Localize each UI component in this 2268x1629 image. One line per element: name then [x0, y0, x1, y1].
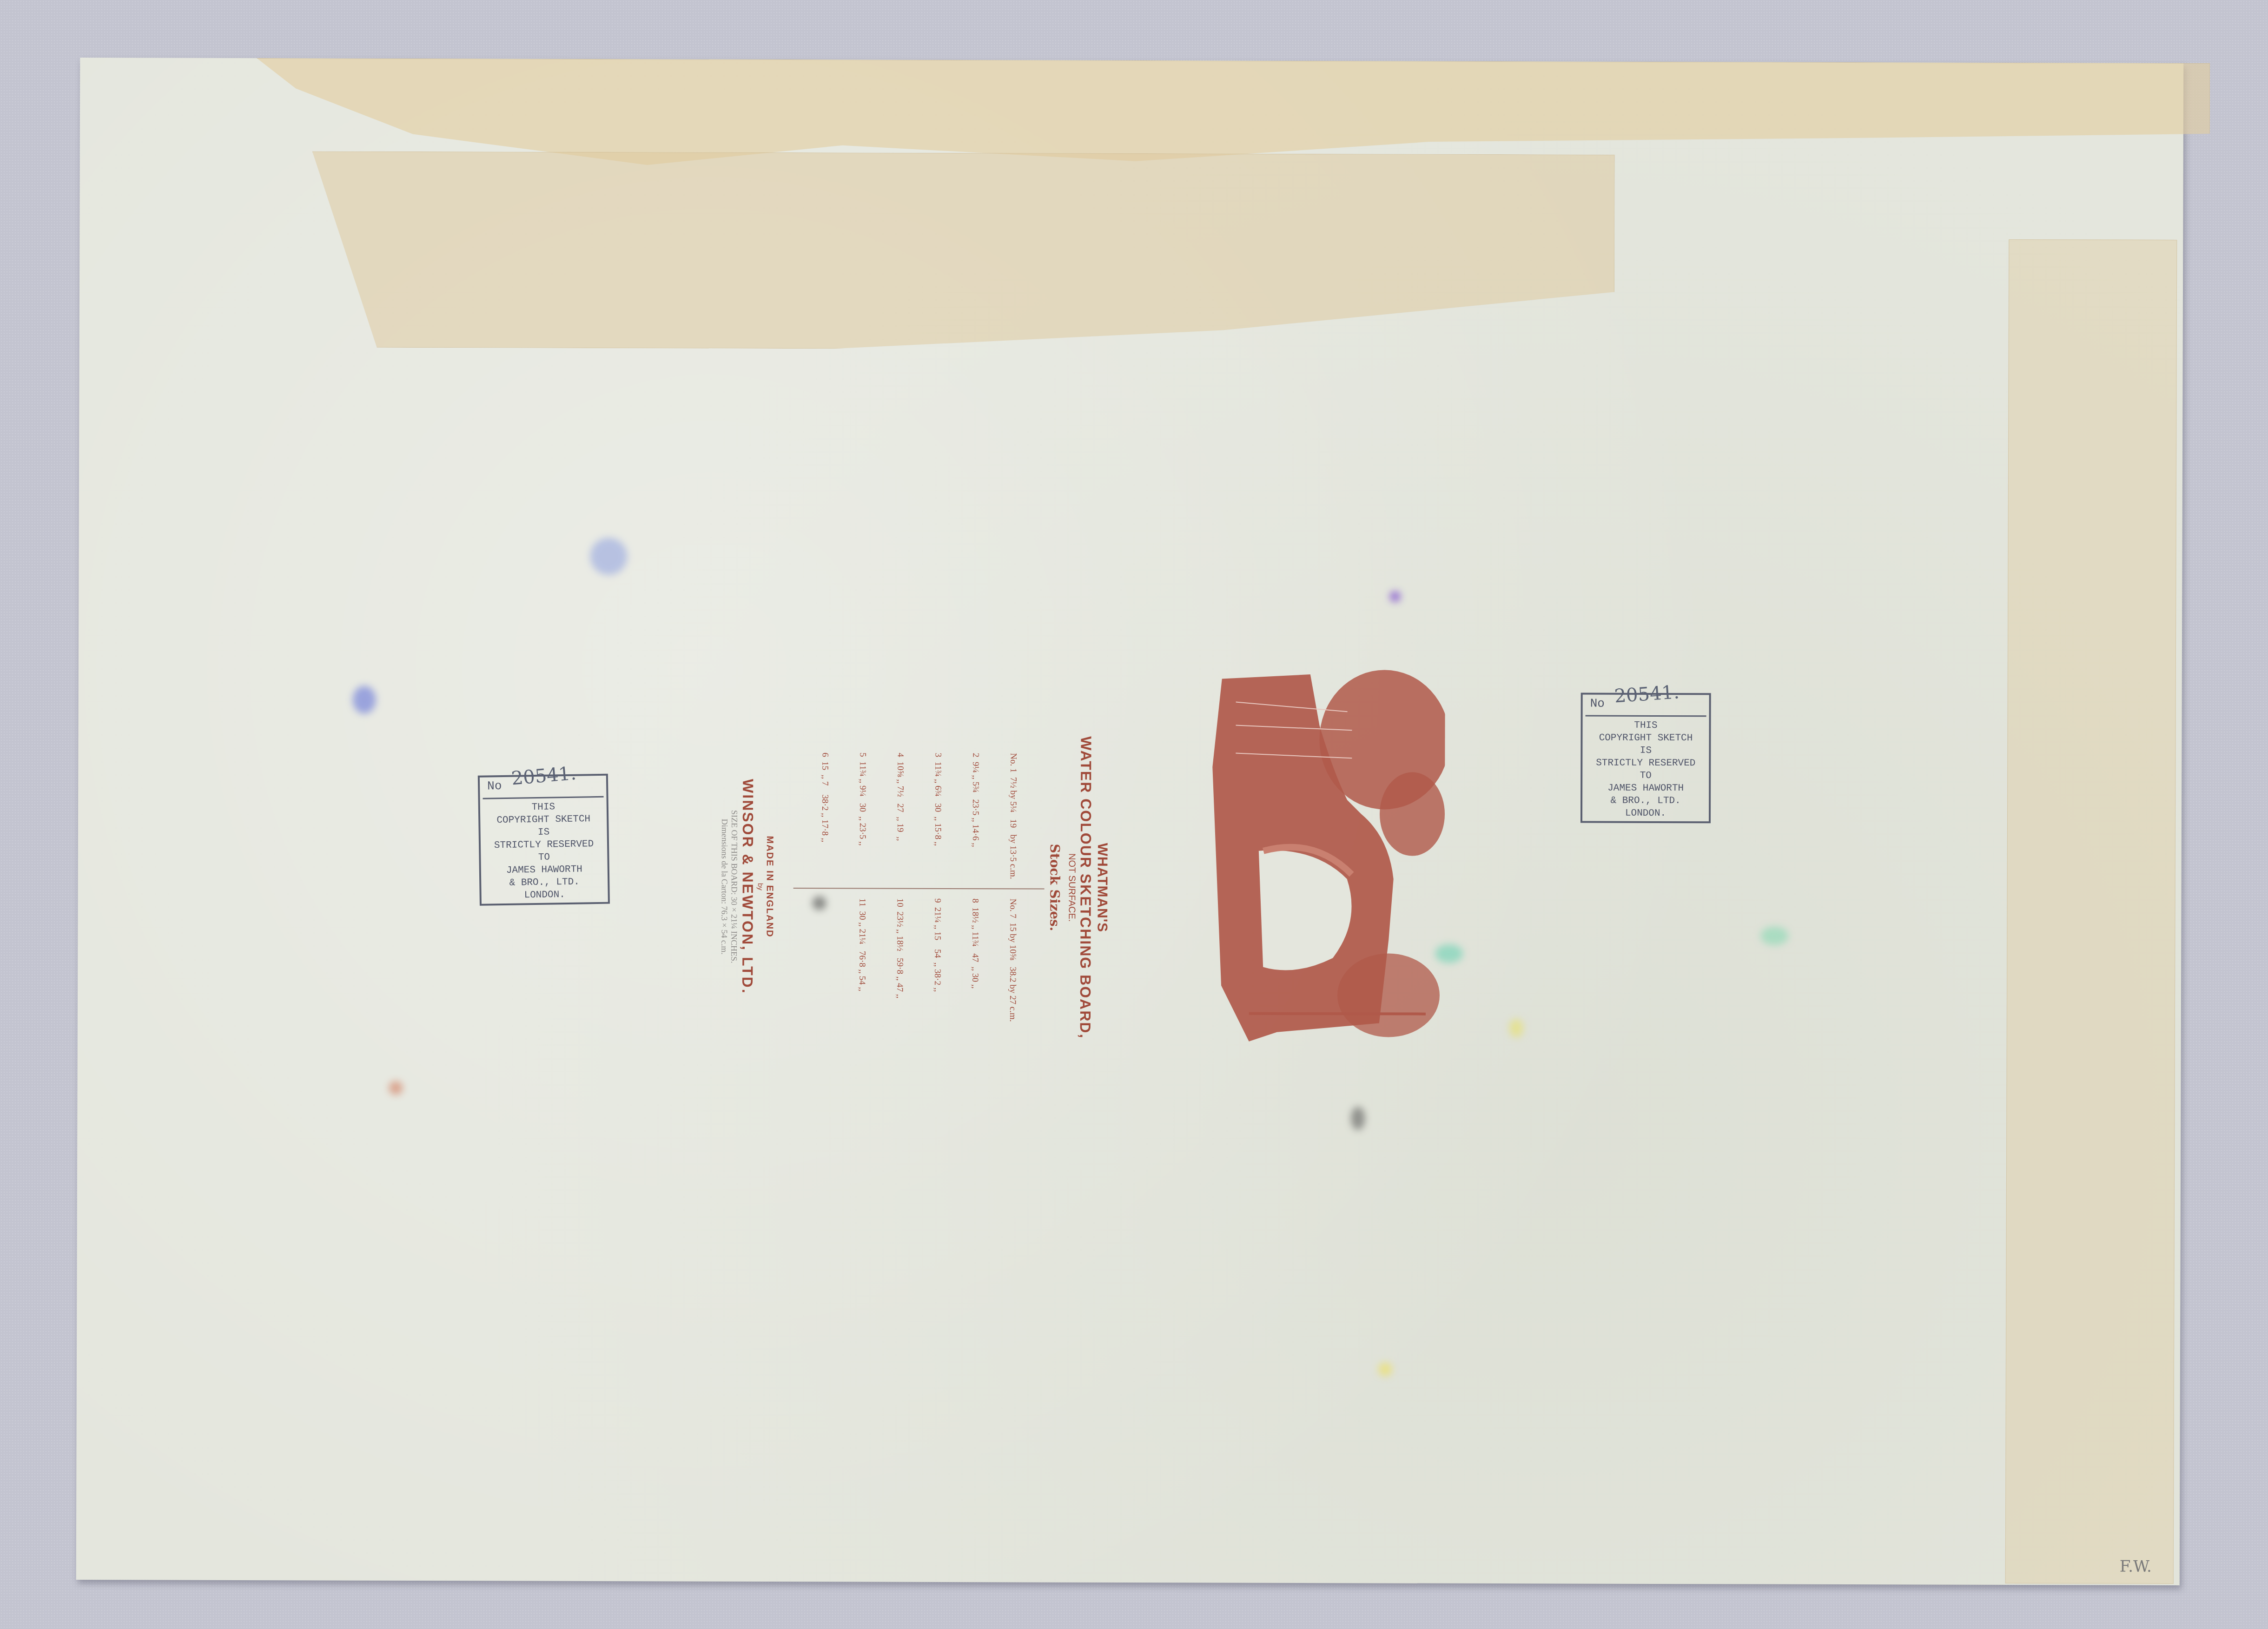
- stock-sizes-title: Stock Sizes.: [1046, 679, 1063, 1097]
- size-row: 8 18½ ,, 11¾ 47 ,, 30 ,,: [969, 898, 982, 1022]
- copyright-stamp-right: No 20541. THIS COPYRIGHT SKETCH IS STRIC…: [1580, 693, 1711, 824]
- handwritten-number: 20541.: [511, 767, 577, 785]
- board-size: SIZE OF THIS BOARD: 30 × 21¼ INCHES.: [728, 678, 739, 1096]
- stamp-line: & BRO., LTD.: [1582, 795, 1709, 808]
- size-row: 9 21¼ ,, 15 54 ,, 38·2 ,,: [931, 898, 944, 1022]
- label-brand: WHATMAN'S: [1093, 679, 1110, 1097]
- size-row: No. 1 7½ by 5¼ 19 by 13·5 c.m.: [1007, 753, 1020, 879]
- size-row: 2 9¼ ,, 5¾ 23·5 ,, 14·6 ,,: [969, 753, 982, 879]
- pigment-smudge: [590, 538, 627, 575]
- stamp-line: LONDON.: [1582, 807, 1709, 820]
- size-row: 5 11¾ ,, 9¼ 30 ,, 23·5 ,,: [856, 752, 869, 878]
- stamp-line: LONDON.: [481, 888, 608, 903]
- label-by: by: [755, 678, 764, 1096]
- pigment-smudge: [1351, 1107, 1365, 1130]
- tape-residue-top-inner: [312, 151, 1615, 350]
- pencil-corner-marking: F.W.: [2120, 1557, 2152, 1576]
- tape-residue-right: [2005, 239, 2177, 1584]
- stamp-line: TO: [1582, 770, 1709, 783]
- stock-sizes-table: No. 1 7½ by 5¼ 19 by 13·5 c.m. 2 9¼ ,, 5…: [793, 678, 1045, 1096]
- label-product: WATER COLOUR SKETCHING BOARD,: [1076, 679, 1094, 1097]
- pigment-smudge: [1760, 927, 1788, 945]
- stamp-line: COPYRIGHT SKETCH: [480, 813, 607, 827]
- board-dimensions: Dimensions de la Carton: 76.3 × 54 c.m.: [719, 678, 729, 1096]
- stamp-line: STRICTLY RESERVED: [1582, 757, 1709, 770]
- table-divider: [793, 888, 1045, 889]
- size-row: 3 11¾ ,, 6¾ 30 ,, 15·8 ,,: [932, 753, 945, 879]
- bridge-engraving-icon: [1193, 660, 1445, 1065]
- maker-name: WINSOR & NEWTON, LTD.: [738, 678, 756, 1096]
- stamp-line: IS: [1582, 745, 1709, 758]
- size-row: 6 15 ,, 7 38·2 ,, 17·8 ,,: [819, 752, 832, 878]
- size-row: 4 10⅝ ,, 7½ 27 ,, 19 ,,: [894, 753, 907, 879]
- stamp-no-label: No: [1590, 697, 1605, 711]
- stamp-no-label: No: [487, 779, 502, 793]
- size-row: 11 30 ,, 21¼ 76·8 ,, 54 ,,: [856, 898, 869, 1022]
- stamp-line: THIS: [1583, 719, 1709, 732]
- size-row: 10 23½ ,, 18½ 59·8 ,, 47 ,,: [893, 898, 906, 1022]
- stamp-line: JAMES HAWORTH: [481, 863, 608, 877]
- copyright-stamp-left: No 20541. THIS COPYRIGHT SKETCH IS STRIC…: [478, 774, 610, 906]
- stamp-line: STRICTLY RESERVED: [481, 838, 607, 852]
- stamp-line: TO: [481, 851, 607, 865]
- stamp-line: & BRO., LTD.: [481, 876, 608, 890]
- pigment-smudge: [1378, 1362, 1392, 1376]
- size-row: No. 7 15 by 10⅝ 38.2 by 27 c.m.: [1006, 898, 1019, 1022]
- stamp-line: IS: [480, 825, 607, 840]
- stamp-line: THIS: [480, 800, 607, 815]
- pigment-smudge: [1389, 591, 1401, 602]
- stamp-line: COPYRIGHT SKETCH: [1582, 732, 1709, 745]
- pigment-smudge: [1509, 1019, 1523, 1037]
- sketching-board-back: No 20541. THIS COPYRIGHT SKETCH IS STRIC…: [76, 58, 2184, 1585]
- pigment-smudge: [389, 1081, 403, 1095]
- handwritten-number: 20541.: [1614, 686, 1680, 703]
- made-in: MADE IN ENGLAND: [763, 678, 775, 1096]
- label-surface: NOT SURFACE.: [1065, 679, 1077, 1097]
- stamp-line: JAMES HAWORTH: [1582, 782, 1709, 795]
- pigment-smudge: [353, 686, 376, 714]
